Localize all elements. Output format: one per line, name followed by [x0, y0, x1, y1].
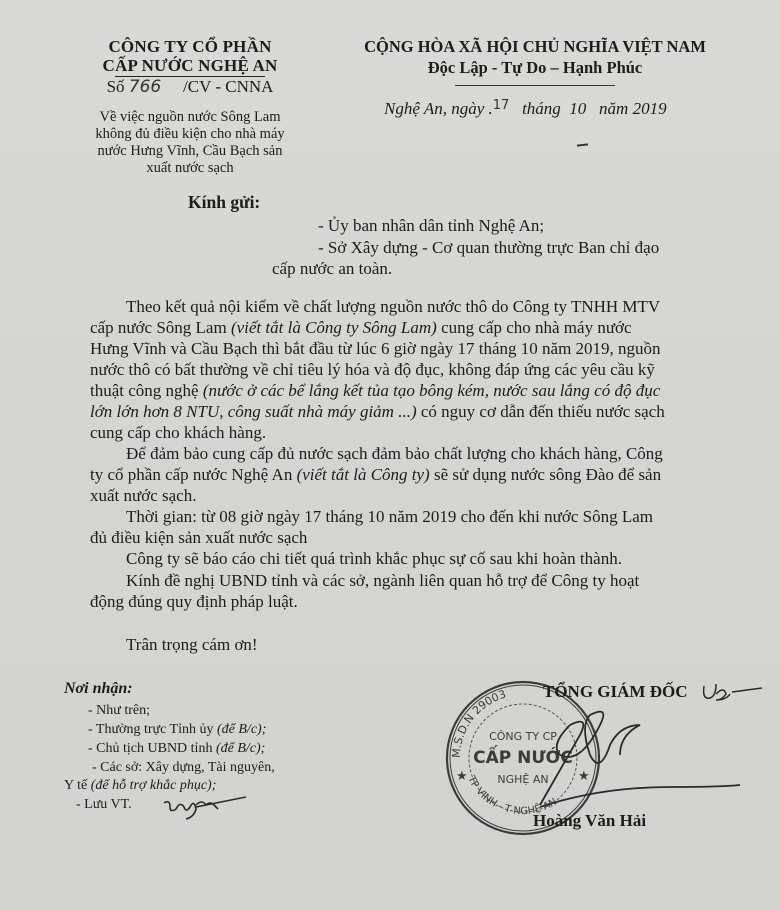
body-text: Theo kết quả nội kiểm về chất lượng nguồ…	[126, 297, 660, 316]
doc-number-handwritten: 766	[129, 77, 179, 97]
body-line: Công ty sẽ báo cáo chi tiết quá trình kh…	[90, 548, 766, 569]
subject-block: Về việc nguồn nước Sông Lam không đủ điề…	[60, 109, 320, 177]
body-line: lớn lớn hơn 8 NTU, công suất nhà máy giả…	[90, 401, 730, 422]
stamp-star-icon: ★	[456, 769, 468, 784]
place-date: Nghệ An, ngày .17 tháng 10 năm 2019	[384, 98, 667, 119]
month-value: 10	[569, 99, 586, 118]
recipients-label: Kính gửi:	[188, 192, 260, 213]
distribution-text: - Như trên;	[88, 703, 150, 718]
body-text: có nguy cơ dẫn đến thiếu nước sạch	[417, 402, 665, 421]
body-italic-note: (viết tắt là Công ty)	[297, 465, 430, 484]
body-line: cấp nước Sông Lam (viết tắt là Công ty S…	[90, 317, 730, 338]
body-text: Để đảm bảo cung cấp đủ nước sạch đảm bảo…	[126, 444, 663, 463]
distribution-item: - Lưu VT.	[76, 796, 132, 813]
month-label: tháng	[522, 99, 561, 118]
distribution-text: - Lưu VT.	[76, 797, 132, 812]
distribution-text: Y tế	[64, 778, 91, 793]
body-text: cung cấp cho nhà máy nước	[437, 318, 632, 337]
body-line: Thời gian: từ 08 giờ ngày 17 tháng 10 nă…	[90, 506, 766, 527]
body-text: nước thô có bất thường về chỉ tiêu lý hó…	[90, 360, 655, 379]
body-text: cung cấp cho khách hàng.	[90, 423, 266, 442]
pen-mark	[577, 143, 588, 146]
body-line: ty cổ phần cấp nước Nghệ An (viết tắt là…	[90, 464, 730, 485]
body-text: Kính đề nghị UBND tỉnh và các sở, ngành …	[126, 571, 639, 590]
doc-number-suffix: /CV - CNNA	[183, 77, 273, 96]
director-signature	[500, 695, 760, 825]
recipient-line: cấp nước an toàn.	[272, 259, 392, 279]
body-italic-note: lớn lớn hơn 8 NTU, công suất nhà máy giả…	[90, 402, 417, 421]
national-header: CỘNG HÒA XÃ HỘI CHỦ NGHĨA VIỆT NAM Độc L…	[330, 37, 740, 86]
body-italic-note: (nước ở các bể lắng kết tủa tạo bông kém…	[203, 381, 660, 400]
body-text: ty cổ phần cấp nước Nghệ An	[90, 465, 297, 484]
body-text: thuật công nghệ	[90, 381, 203, 400]
distribution-label: Nơi nhận:	[64, 680, 133, 698]
body-italic-note: (viết tắt là Công ty Sông Lam)	[231, 318, 437, 337]
company-name-line2: CẤP NƯỚC NGHỆ AN	[60, 56, 320, 75]
issuer-block: CÔNG TY CỔ PHẦN CẤP NƯỚC NGHỆ AN Số 766 …	[60, 37, 320, 177]
subject-line: không đủ điều kiện cho nhà máy	[60, 126, 320, 143]
body-line: động đúng quy định pháp luật.	[90, 591, 730, 612]
body-line: xuất nước sạch.	[90, 485, 730, 506]
doc-number-prefix: Số	[107, 77, 125, 96]
national-motto: Độc Lập - Tự Do – Hạnh Phúc	[330, 57, 740, 79]
body-line: Theo kết quả nội kiểm về chất lượng nguồ…	[90, 296, 766, 317]
body-line: cung cấp cho khách hàng.	[90, 422, 730, 443]
distribution-item: - Như trên;	[88, 702, 150, 719]
national-title: CỘNG HÒA XÃ HỘI CHỦ NGHĨA VIỆT NAM	[330, 37, 740, 57]
body-text: đủ điều kiện sản xuất nước sạch	[90, 528, 307, 547]
body-text: động đúng quy định pháp luật.	[90, 592, 298, 611]
body-text: xuất nước sạch.	[90, 486, 196, 505]
handwritten-initials	[700, 678, 770, 708]
distribution-text: - Chủ tịch UBND tỉnh	[88, 741, 216, 756]
body-line: Để đảm bảo cung cấp đủ nước sạch đảm bảo…	[90, 443, 766, 464]
distribution-item: - Thường trực Tỉnh ủy (để B/c);	[88, 721, 266, 738]
recipient-line: - Sở Xây dựng - Cơ quan thường trực Ban …	[318, 238, 659, 258]
place-date-prefix: Nghệ An, ngày .	[384, 99, 493, 118]
year-value: 2019	[633, 99, 667, 118]
recipient-line: - Ủy ban nhân dân tỉnh Nghệ An;	[318, 216, 544, 236]
initials-signature	[156, 793, 256, 823]
document-number: Số 766 /CV - CNNA	[60, 77, 320, 97]
distribution-text: - Các sở: Xây dựng, Tài nguyên,	[92, 760, 275, 775]
body-text: Hưng Vĩnh và Cầu Bạch thì bắt đầu từ lúc…	[90, 339, 661, 358]
distribution-note: (để B/c);	[217, 722, 266, 737]
body-line: Hưng Vĩnh và Cầu Bạch thì bắt đầu từ lúc…	[90, 338, 730, 359]
body-line: nước thô có bất thường về chỉ tiêu lý hó…	[90, 359, 730, 380]
distribution-item: - Chủ tịch UBND tỉnh (để B/c);	[88, 740, 265, 757]
body-line: thuật công nghệ (nước ở các bể lắng kết …	[90, 380, 730, 401]
company-name-line1: CÔNG TY CỔ PHẦN	[60, 37, 320, 56]
subject-line: Về việc nguồn nước Sông Lam	[60, 109, 320, 126]
distribution-text: - Thường trực Tỉnh ủy	[88, 722, 217, 737]
distribution-note: (để hỗ trợ khắc phục);	[91, 778, 217, 793]
distribution-note: (để B/c);	[216, 741, 265, 756]
distribution-item: Y tế (để hỗ trợ khắc phục);	[64, 777, 216, 794]
year-label: năm	[599, 99, 628, 118]
subject-line: nước Hưng Vĩnh, Cầu Bạch sản	[60, 143, 320, 160]
body-text: Công ty sẽ báo cáo chi tiết quá trình kh…	[126, 549, 622, 568]
subject-line: xuất nước sạch	[60, 160, 320, 177]
day-handwritten: 17	[493, 98, 510, 113]
body-line: Kính đề nghị UBND tỉnh và các sở, ngành …	[90, 570, 766, 591]
closing-line: Trân trọng cám ơn!	[90, 634, 766, 655]
body-text: Thời gian: từ 08 giờ ngày 17 tháng 10 nă…	[126, 507, 653, 526]
body-text: cấp nước Sông Lam	[90, 318, 231, 337]
body-text: sẽ sử dụng nước sông Đào để sản	[430, 465, 661, 484]
distribution-item: - Các sở: Xây dựng, Tài nguyên,	[92, 759, 275, 776]
body-line: đủ điều kiện sản xuất nước sạch	[90, 527, 730, 548]
motto-underline	[455, 85, 615, 86]
